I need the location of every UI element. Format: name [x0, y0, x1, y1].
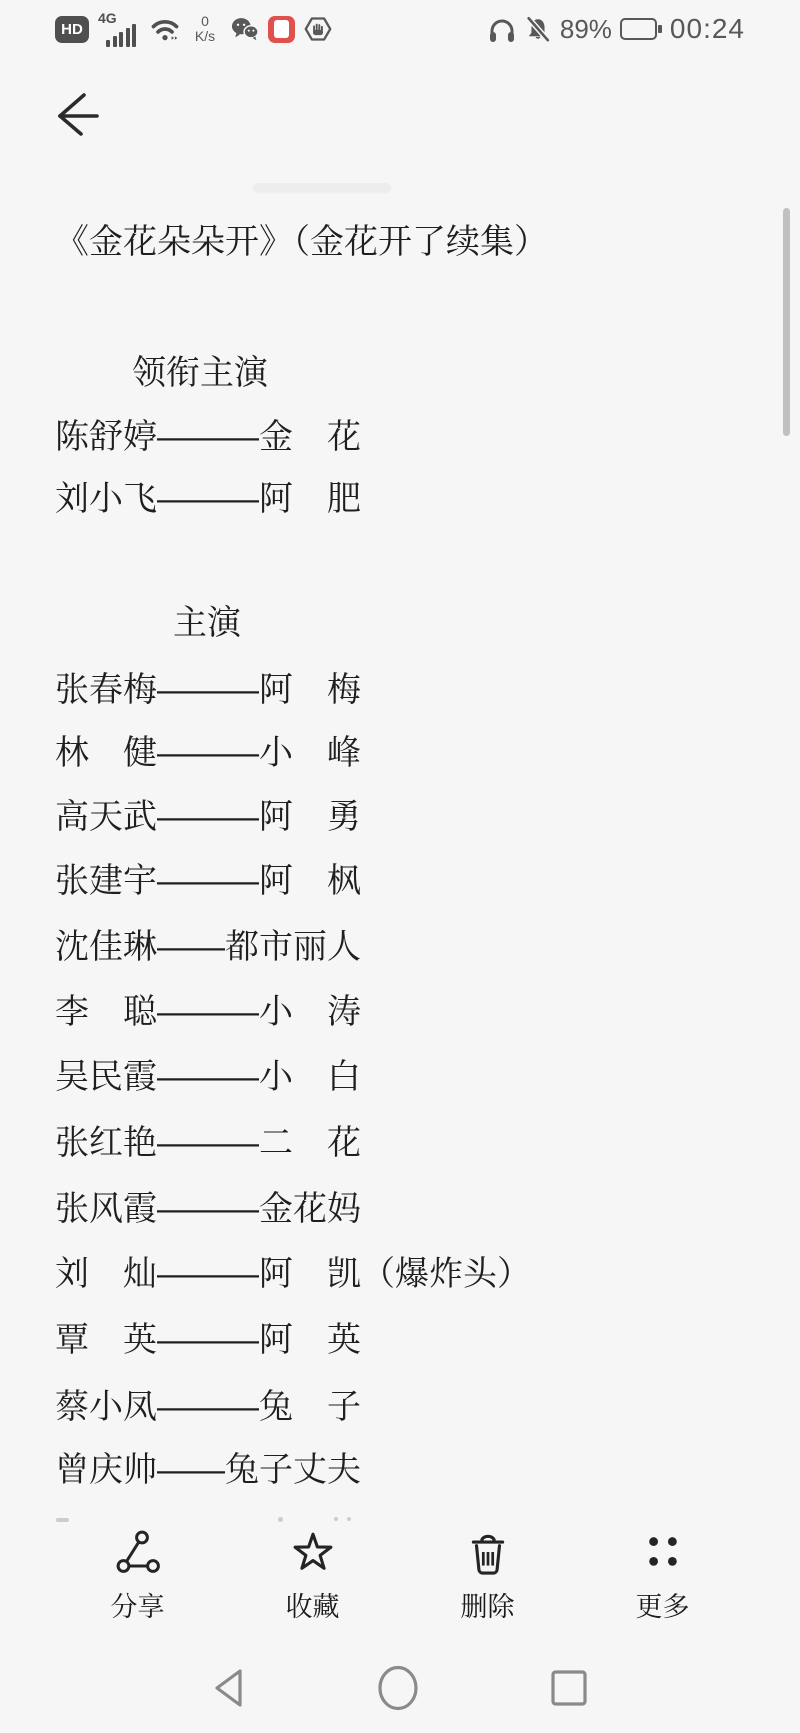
share-button[interactable]: 分享	[50, 1528, 225, 1633]
delete-label: 删除	[461, 1585, 515, 1624]
cast-line: 蔡小凤———兔 子	[55, 1390, 361, 1424]
cellular-signal-icon: 4G	[98, 11, 142, 47]
truncated-text-fragment	[334, 1517, 338, 1521]
cast-line: 陈舒婷———金 花	[55, 420, 361, 454]
truncated-text-fragment	[347, 1517, 351, 1521]
wifi-icon	[151, 15, 179, 43]
share-icon	[114, 1528, 162, 1576]
delete-button[interactable]: 删除	[400, 1528, 575, 1633]
cast-line: 张春梅———阿 梅	[55, 673, 361, 707]
cast-line: 林 健———小 峰	[55, 736, 361, 770]
cast-line: 刘 灿———阿 凯（爆炸头）	[55, 1257, 531, 1291]
sheet-handle	[253, 183, 391, 192]
hd-icon: HD	[55, 16, 89, 43]
note-title: 《金花朵朵开》（金花开了续集）	[55, 225, 548, 259]
hand-octagon-icon	[304, 15, 332, 43]
back-button[interactable]	[48, 88, 104, 144]
scrollbar-thumb[interactable]	[783, 208, 790, 436]
system-nav-bar	[0, 1648, 800, 1728]
battery-icon	[620, 18, 662, 40]
truncated-text-fragment	[56, 1518, 69, 1522]
nav-recents-button[interactable]	[537, 1656, 601, 1720]
cast-line: 高天武———阿 勇	[55, 800, 361, 834]
truncated-text-fragment	[278, 1517, 283, 1522]
cast-line: 刘小飞———阿 肥	[55, 482, 361, 516]
favorite-button[interactable]: 收藏	[225, 1528, 400, 1633]
more-label: 更多	[636, 1585, 690, 1624]
signal-bars-icon	[106, 24, 136, 47]
status-left-cluster: HD 4G 0 K/s	[55, 8, 332, 50]
net-speed-value: 0	[188, 14, 222, 29]
bell-muted-icon	[524, 15, 552, 43]
cast-line: 沈佳琳——都市丽人	[55, 930, 361, 964]
screen: { "status_bar": { "hd_badge": "HD", "net…	[0, 0, 800, 1733]
trash-icon	[464, 1528, 512, 1576]
clock-label: 00:24	[670, 13, 745, 45]
cast-line: 吴民霞———小 白	[55, 1060, 361, 1094]
cast-line: 曾庆帅——兔子丈夫	[55, 1453, 361, 1487]
cast-line: 张风霞———金花妈	[55, 1192, 361, 1226]
more-dots-icon	[639, 1528, 687, 1576]
favorite-label: 收藏	[286, 1585, 340, 1624]
cast-line: 张建宇———阿 枫	[55, 864, 361, 898]
status-bar: HD 4G 0 K/s	[0, 0, 800, 55]
headset-icon	[488, 15, 516, 43]
share-label: 分享	[111, 1585, 165, 1624]
section-label: 领衔主演	[132, 356, 268, 390]
status-right-cluster: 89% 00:24	[488, 8, 745, 50]
network-speed: 0 K/s	[188, 14, 222, 44]
section-label: 主演	[173, 606, 241, 640]
red-reader-app-icon	[268, 16, 295, 43]
nav-back-button[interactable]	[197, 1656, 261, 1720]
cast-line: 李 聪———小 涛	[55, 995, 361, 1029]
star-icon	[289, 1528, 337, 1576]
cast-line: 覃 英———阿 英	[55, 1323, 361, 1357]
bottom-toolbar: 分享 收藏 删除	[50, 1528, 750, 1633]
nav-home-button[interactable]	[366, 1656, 430, 1720]
wechat-icon	[231, 15, 259, 43]
more-button[interactable]: 更多	[575, 1528, 750, 1633]
cast-line: 张红艳———二 花	[55, 1126, 361, 1160]
battery-percent-label: 89%	[560, 14, 612, 45]
net-speed-unit: K/s	[188, 29, 222, 44]
